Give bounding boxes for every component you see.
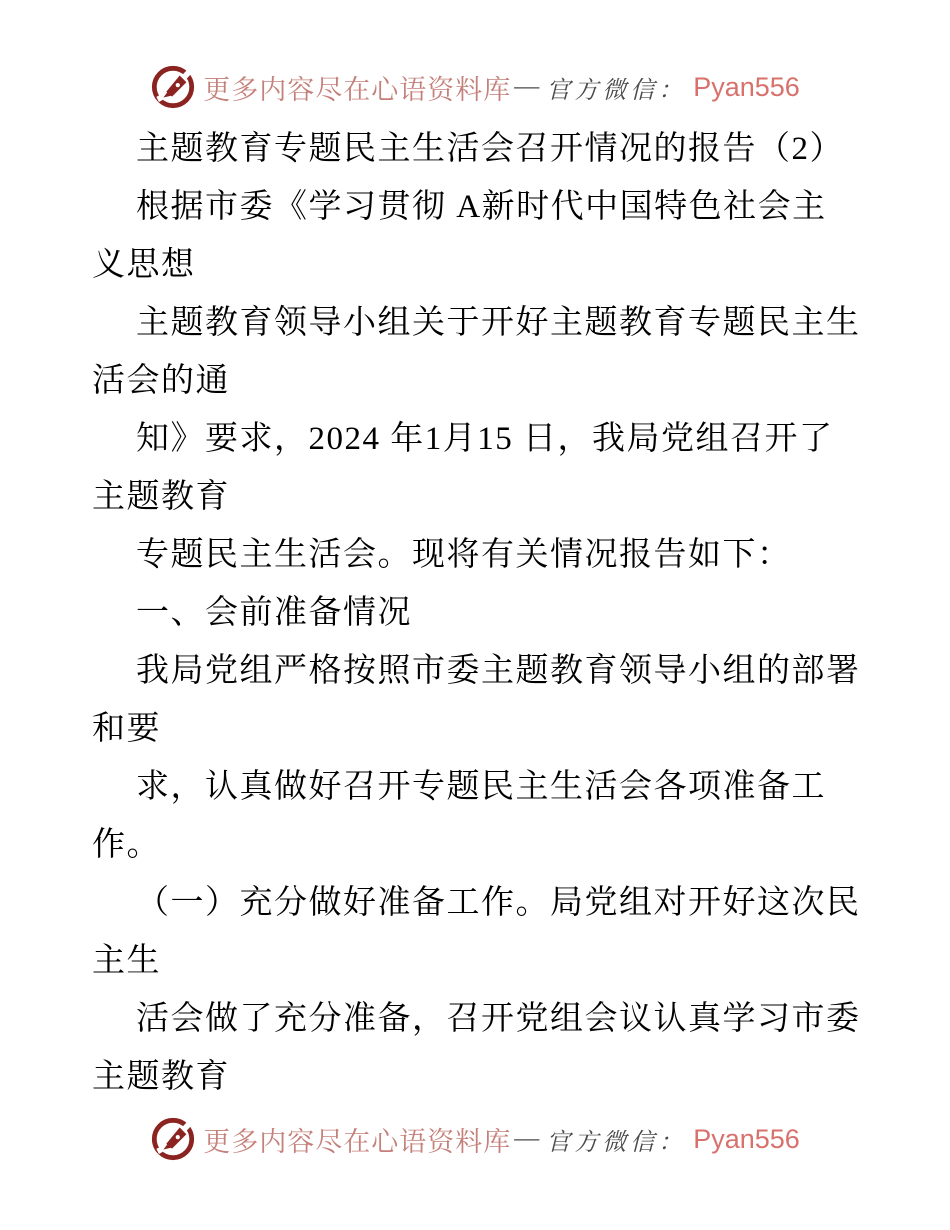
watermark-brand-text: 更多内容尽在心语资料库: [203, 68, 511, 107]
watermark-wechat-id: Pyan556: [693, 1124, 800, 1155]
document-line: 我局党组严格按照市委主题教育领导小组的部署: [92, 642, 858, 700]
watermark-separator: —: [514, 73, 539, 101]
document-line: 和要: [92, 700, 858, 758]
document-line: 主题教育: [92, 468, 858, 526]
watermark-brand-text: 更多内容尽在心语资料库: [203, 1120, 511, 1159]
watermark-wechat-id: Pyan556: [693, 72, 800, 103]
document-line: 主题教育专题民主生活会召开情况的报告（2）: [92, 120, 858, 178]
document-line: 活会做了充分准备，召开党组会议认真学习市委: [92, 990, 858, 1048]
footer-watermark: 更多内容尽在心语资料库 — 官方微信： Pyan556: [0, 1114, 950, 1164]
document-line: 求，认真做好召开专题民主生活会各项准备工: [92, 758, 858, 816]
watermark-wechat-label: 官方微信：: [546, 70, 686, 105]
watermark-wechat-label: 官方微信：: [546, 1122, 686, 1157]
brand-logo-icon: [150, 64, 196, 110]
document-line: 主生: [92, 932, 858, 990]
header-watermark: 更多内容尽在心语资料库 — 官方微信： Pyan556: [0, 62, 950, 112]
document-body: 主题教育专题民主生活会召开情况的报告（2）根据市委《学习贯彻 A新时代中国特色社…: [92, 120, 858, 1106]
document-line: 知》要求，2024 年1月15 日，我局党组召开了: [92, 410, 858, 468]
document-line: 义思想: [92, 236, 858, 294]
document-line: 活会的通: [92, 352, 858, 410]
brand-logo-icon: [150, 1116, 196, 1162]
document-line: 专题民主生活会。现将有关情况报告如下：: [92, 526, 858, 584]
document-line: 主题教育: [92, 1048, 858, 1106]
document-line: 根据市委《学习贯彻 A新时代中国特色社会主: [92, 178, 858, 236]
document-line: （一）充分做好准备工作。局党组对开好这次民: [92, 874, 858, 932]
document-line: 主题教育领导小组关于开好主题教育专题民主生: [92, 294, 858, 352]
watermark-separator: —: [514, 1125, 539, 1153]
document-line: 一、会前准备情况: [92, 584, 858, 642]
document-line: 作。: [92, 816, 858, 874]
